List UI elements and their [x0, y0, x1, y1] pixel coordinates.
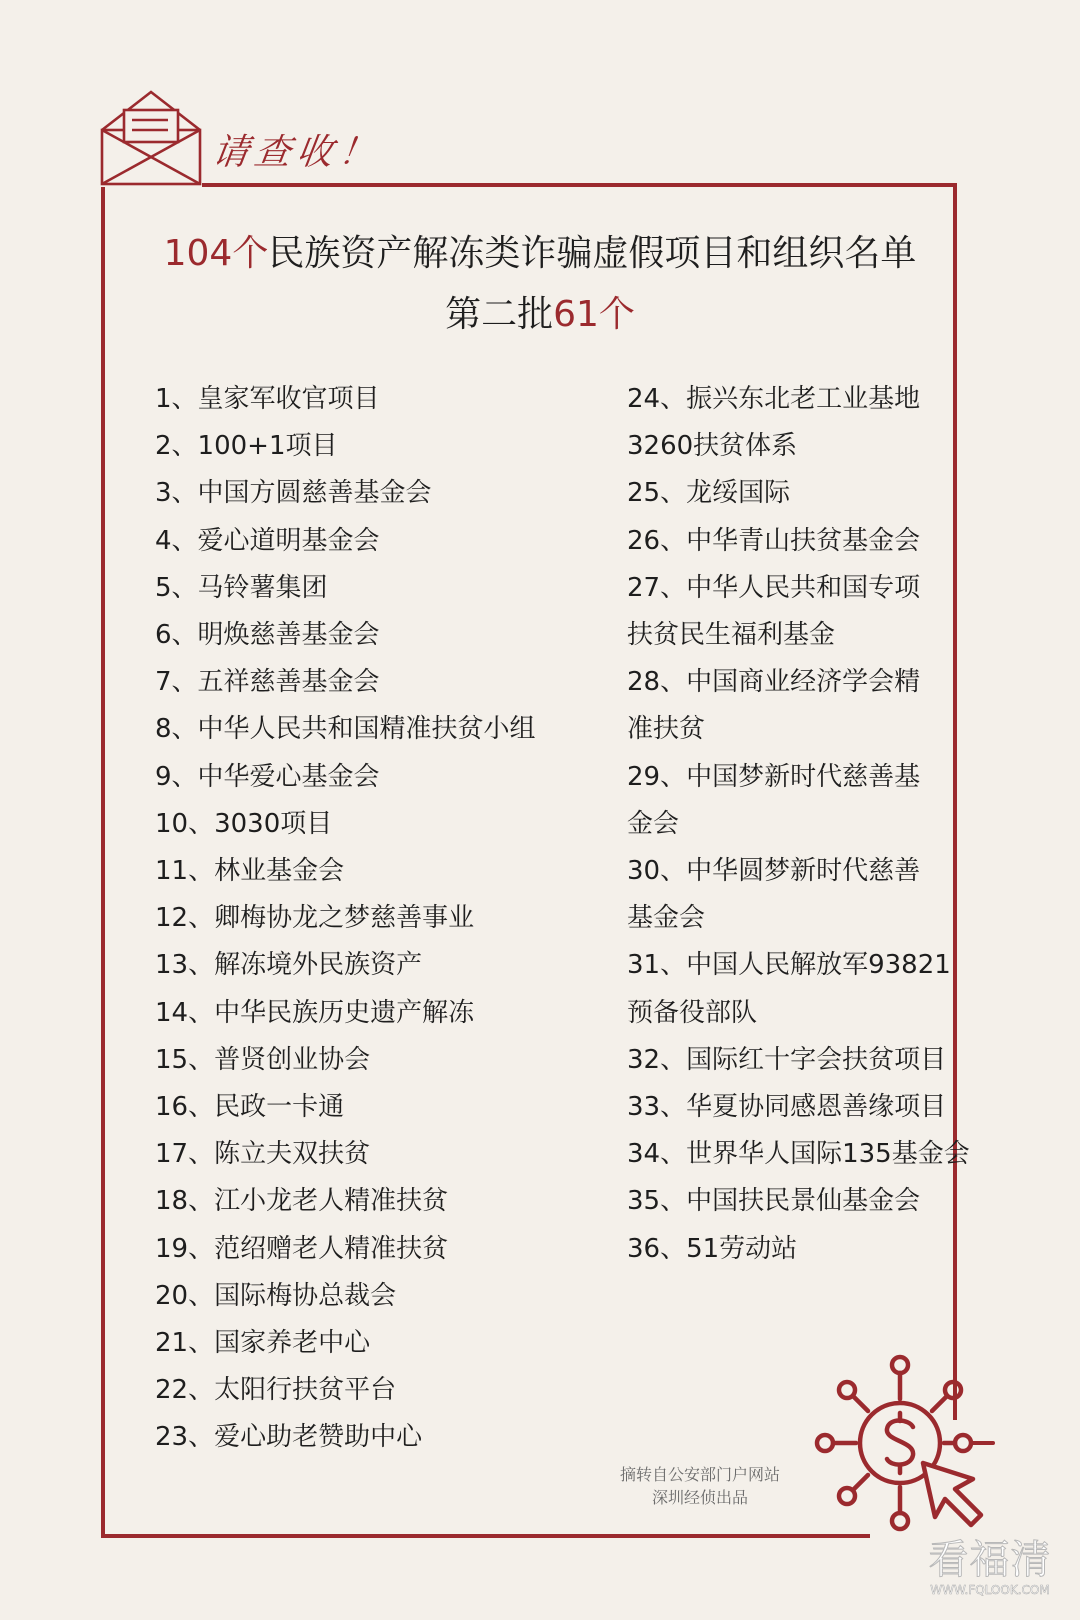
list-item: 4、爱心道明基金会: [155, 518, 595, 565]
list-item: 6、明焕慈善基金会: [155, 612, 595, 659]
list-left-column: 1、皇家军收官项目 2、100+1项目 3、中国方圆慈善基金会 4、爱心道明基金…: [155, 376, 595, 1462]
list-item: 25、龙绥国际: [627, 470, 957, 517]
list-item: 16、民政一卡通: [155, 1084, 595, 1131]
list-item: 22、太阳行扶贫平台: [155, 1367, 595, 1414]
list-item: 20、国际梅协总裁会: [155, 1273, 595, 1320]
site-watermark: 看福清 WWW.FQLOOK.COM: [920, 1537, 1060, 1597]
envelope-icon: [100, 88, 202, 186]
list-item: 18、江小龙老人精准扶贫: [155, 1178, 595, 1225]
list-item: 21、国家养老中心: [155, 1320, 595, 1367]
list-item: 19、范绍赠老人精准扶贫: [155, 1226, 595, 1273]
page-subtitle: 第二批61个: [0, 293, 1080, 337]
list-item: 3、中国方圆慈善基金会: [155, 470, 595, 517]
watermark-logo: 看福清: [920, 1537, 1060, 1583]
page-title: 104个民族资产解冻类诈骗虚假项目和组织名单: [0, 232, 1080, 276]
credits-producer: 深圳经侦出品: [560, 1486, 840, 1509]
list-item: 13、解冻境外民族资产: [155, 942, 595, 989]
list-item: 11、林业基金会: [155, 848, 595, 895]
list-right-column: 24、振兴东北老工业基地 3260扶贫体系 25、龙绥国际 26、中华青山扶贫基…: [627, 376, 957, 1273]
list-item: 10、3030项目: [155, 801, 595, 848]
list-item: 27、中华人民共和国专项: [627, 565, 957, 612]
subtitle-count: 61个: [553, 294, 635, 335]
list-item: 5、马铃薯集团: [155, 565, 595, 612]
list-item: 34、世界华人国际135基金会: [627, 1131, 957, 1178]
list-item-continuation: 扶贫民生福利基金: [627, 612, 957, 659]
list-item: 36、51劳动站: [627, 1226, 957, 1273]
list-item: 31、中国人民解放军93821: [627, 942, 957, 989]
title-text: 民族资产解冻类诈骗虚假项目和组织名单: [268, 233, 916, 274]
list-item: 28、中国商业经济学会精: [627, 659, 957, 706]
list-item: 32、国际红十字会扶贫项目: [627, 1037, 957, 1084]
list-item: 33、华夏协同感恩善缘项目: [627, 1084, 957, 1131]
list-item: 9、中华爱心基金会: [155, 754, 595, 801]
list-item-continuation: 3260扶贫体系: [627, 423, 957, 470]
list-item: 30、中华圆梦新时代慈善: [627, 848, 957, 895]
list-item: 23、爱心助老赞助中心: [155, 1414, 595, 1461]
list-item: 14、中华民族历史遗产解冻: [155, 990, 595, 1037]
credits-source: 摘转自公安部门户网站: [560, 1463, 840, 1486]
list-item: 12、卿梅协龙之梦慈善事业: [155, 895, 595, 942]
list-item: 26、中华青山扶贫基金会: [627, 518, 957, 565]
list-item: 24、振兴东北老工业基地: [627, 376, 957, 423]
watermark-url: WWW.FQLOOK.COM: [920, 1583, 1060, 1597]
list-item: 2、100+1项目: [155, 423, 595, 470]
money-network-cursor-icon: [805, 1345, 995, 1540]
list-item: 7、五祥慈善基金会: [155, 659, 595, 706]
list-item-continuation: 基金会: [627, 895, 957, 942]
list-item: 15、普贤创业协会: [155, 1037, 595, 1084]
list-item: 35、中国扶民景仙基金会: [627, 1178, 957, 1225]
list-item-continuation: 金会: [627, 801, 957, 848]
list-item-continuation: 准扶贫: [627, 706, 957, 753]
list-item: 29、中国梦新时代慈善基: [627, 754, 957, 801]
check-receipt-label: 请查收！: [209, 124, 384, 175]
list-item: 8、中华人民共和国精准扶贫小组: [155, 706, 595, 753]
list-item-continuation: 预备役部队: [627, 990, 957, 1037]
list-item: 1、皇家军收官项目: [155, 376, 595, 423]
subtitle-text: 第二批: [445, 294, 553, 335]
source-credits: 摘转自公安部门户网站 深圳经侦出品: [560, 1463, 840, 1509]
list-item: 17、陈立夫双扶贫: [155, 1131, 595, 1178]
title-count: 104个: [164, 233, 269, 274]
